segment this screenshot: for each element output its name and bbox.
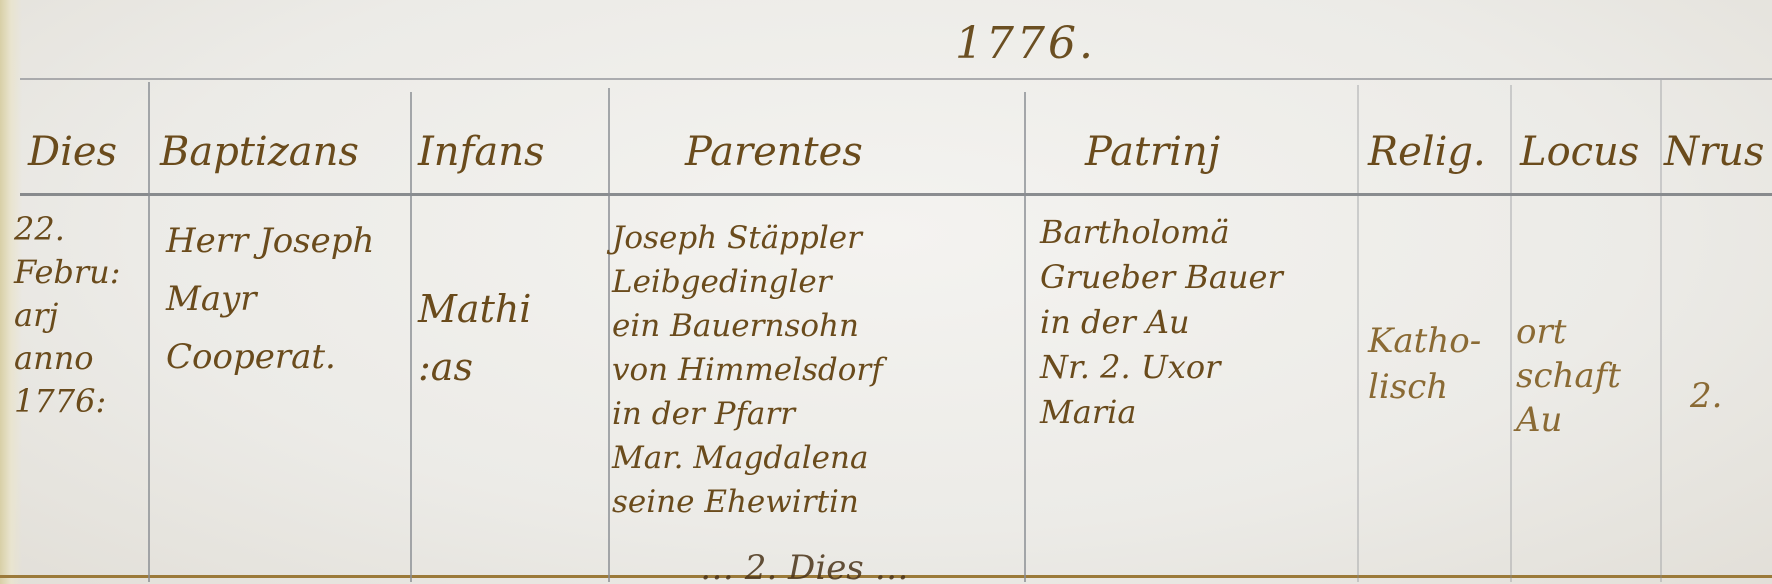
col-divider-7 xyxy=(1660,80,1662,582)
col-divider-4 xyxy=(1024,92,1026,582)
col-divider-6 xyxy=(1510,85,1512,582)
top-rule xyxy=(20,78,1772,80)
header-locus: Locus xyxy=(1520,128,1639,176)
cell-dies: 22. Febru: arj anno 1776: xyxy=(14,208,121,423)
header-nrus: Nrus xyxy=(1664,128,1764,176)
cell-infans: Mathi :as xyxy=(418,280,531,396)
header-parentes: Parentes xyxy=(685,128,863,176)
cell-baptizans: Herr Joseph Mayr Cooperat. xyxy=(166,212,374,386)
cell-nrus: 2. xyxy=(1690,375,1722,417)
header-dies: Dies xyxy=(28,128,117,176)
col-divider-1 xyxy=(148,82,150,582)
cell-locus: ort schaft Au xyxy=(1516,310,1621,442)
year-heading: 1776. xyxy=(955,18,1096,69)
col-divider-3 xyxy=(608,88,610,582)
header-patrini: Patrinj xyxy=(1085,128,1220,176)
header-baptizans: Baptizans xyxy=(160,128,359,176)
header-relig: Relig. xyxy=(1368,128,1486,176)
cell-relig: Katho- lisch xyxy=(1368,318,1481,410)
next-entry-bleed: … 2. Dies … xyxy=(700,548,909,584)
header-infans: Infans xyxy=(418,128,545,176)
cell-patrini: Bartholomä Grueber Bauer in der Au Nr. 2… xyxy=(1040,210,1283,435)
cell-parentes: Joseph Stäppler Leibgedingler ein Bauern… xyxy=(612,216,883,524)
col-divider-5 xyxy=(1357,85,1359,582)
col-divider-2 xyxy=(410,92,412,582)
